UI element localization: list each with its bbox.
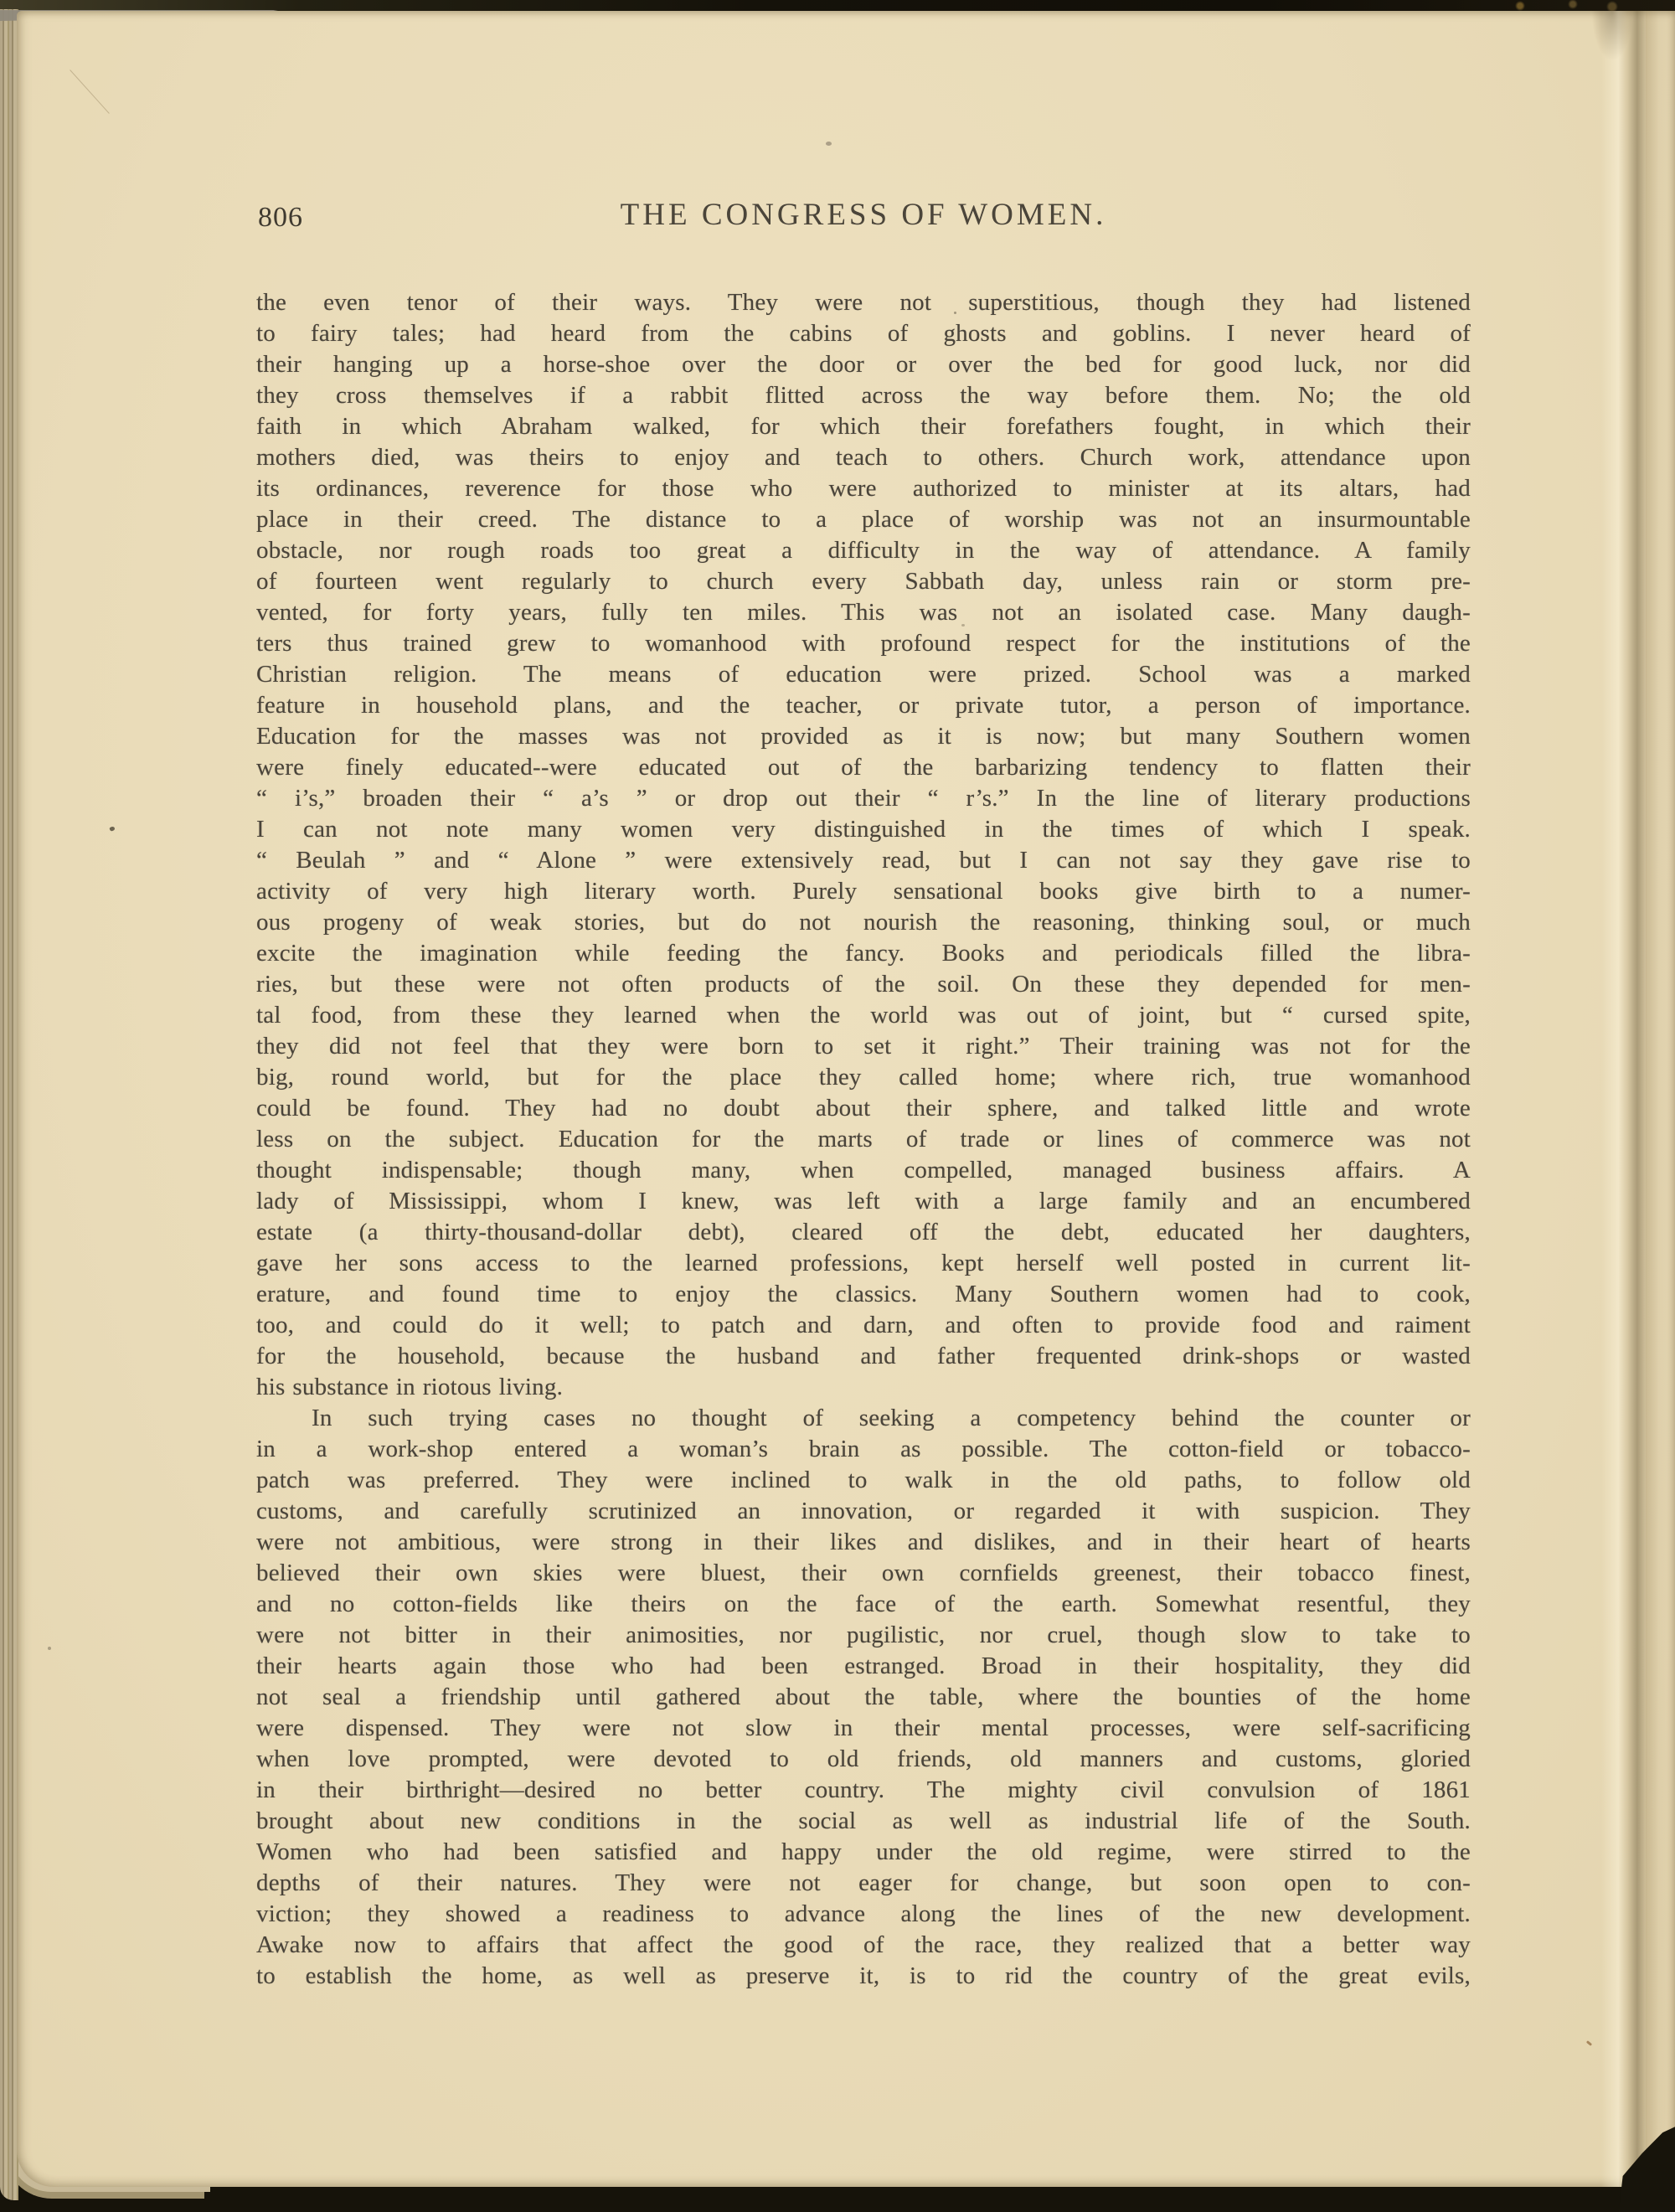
text-line: Women who had been satisfied and happy u… <box>256 1837 1471 1868</box>
text-line: to fairy tales; had heard from the cabin… <box>256 318 1471 349</box>
text-line: customs, and carefully scrutinized an in… <box>256 1496 1471 1527</box>
text-line: vented, for forty years, fully ten miles… <box>256 597 1471 628</box>
text-line: “ i’s,” broaden their “ a’s ” or drop ou… <box>256 783 1471 814</box>
text-line: brought about new conditions in the soci… <box>256 1806 1471 1837</box>
text-line: in a work-shop entered a woman’s brain a… <box>256 1434 1471 1465</box>
text-line: Education for the masses was not provide… <box>256 721 1471 752</box>
adjacent-page-edge <box>1646 11 1675 2187</box>
text-line: feature in household plans, and the teac… <box>256 690 1471 721</box>
text-line: activity of very high literary worth. Pu… <box>256 876 1471 907</box>
corner-crease <box>70 70 110 114</box>
text-line: of fourteen went regularly to church eve… <box>256 566 1471 597</box>
scan-top-band <box>0 0 1675 12</box>
text-line: ous progeny of weak stories, but do not … <box>256 907 1471 938</box>
paper-speck <box>961 624 965 626</box>
page-text-block: 806 THE CONGRESS OF WOMEN. the even teno… <box>256 11 1471 2187</box>
text-line: his substance in riotous living. <box>256 1372 1471 1403</box>
text-line: ries, but these were not often products … <box>256 969 1471 1000</box>
text-line: to establish the home, as well as preser… <box>256 1961 1471 1992</box>
text-line: were not bitter in their animosities, no… <box>256 1620 1471 1651</box>
scanned-book-photo: { "scan": { "paper_color": "#e9dbb8", "i… <box>0 0 1675 2212</box>
text-line: Awake now to affairs that affect the goo… <box>256 1930 1471 1961</box>
text-line: too, and could do it well; to patch and … <box>256 1310 1471 1341</box>
text-line: estate (a thirty-thousand-dollar debt), … <box>256 1217 1471 1248</box>
text-line: their hanging up a horse-shoe over the d… <box>256 349 1471 380</box>
text-line: faith in which Abraham walked, for which… <box>256 411 1471 442</box>
text-line: ters thus trained grew to womanhood with… <box>256 628 1471 659</box>
text-line: lady of Mississippi, whom I knew, was le… <box>256 1186 1471 1217</box>
paper-speck <box>826 142 832 146</box>
text-line: I can not note many women very distingui… <box>256 814 1471 845</box>
text-line: the even tenor of their ways. They were … <box>256 287 1471 318</box>
page-edges-strip <box>0 9 18 2200</box>
text-line: believed their own skies were bluest, th… <box>256 1558 1471 1589</box>
paper-speck <box>48 1647 51 1650</box>
text-line: they cross themselves if a rabbit flitte… <box>256 380 1471 411</box>
gutter-top-shadow <box>1591 11 1633 61</box>
text-line: big, round world, but for the place they… <box>256 1062 1471 1093</box>
text-line: could be found. They had no doubt about … <box>256 1093 1471 1124</box>
text-line: depths of their natures. They were not e… <box>256 1868 1471 1899</box>
text-line: excite the imagination while feeding the… <box>256 938 1471 969</box>
paragraph: the even tenor of their ways. They were … <box>256 287 1471 1403</box>
running-title: THE CONGRESS OF WOMEN. <box>256 197 1471 233</box>
text-line: “ Beulah ” and “ Alone ” were extensivel… <box>256 845 1471 876</box>
text-line: were finely educated--were educated out … <box>256 752 1471 783</box>
text-line: their hearts again those who had been es… <box>256 1651 1471 1682</box>
text-line: mothers died, was theirs to enjoy and te… <box>256 442 1471 473</box>
text-line: in their birthright—desired no better co… <box>256 1775 1471 1806</box>
text-line: were not ambitious, were strong in their… <box>256 1527 1471 1558</box>
text-line: were dispensed. They were not slow in th… <box>256 1713 1471 1744</box>
text-line: obstacle, nor rough roads too great a di… <box>256 535 1471 566</box>
text-line: viction; they showed a readiness to adva… <box>256 1899 1471 1930</box>
paper-speck <box>954 312 956 314</box>
text-line: for the household, because the husband a… <box>256 1341 1471 1372</box>
text-line: its ordinances, reverence for those who … <box>256 473 1471 504</box>
text-line: Christian religion. The means of educati… <box>256 659 1471 690</box>
text-line: thought indispensable; though many, when… <box>256 1155 1471 1186</box>
text-line: In such trying cases no thought of seeki… <box>256 1403 1471 1434</box>
text-line: patch was preferred. They were inclined … <box>256 1465 1471 1496</box>
book-page: 806 THE CONGRESS OF WOMEN. the even teno… <box>17 11 1675 2187</box>
page-header: 806 THE CONGRESS OF WOMEN. <box>256 197 1471 237</box>
text-line: less on the subject. Education for the m… <box>256 1124 1471 1155</box>
text-line: they did not feel that they were born to… <box>256 1031 1471 1062</box>
text-line: and no cotton-fields like theirs on the … <box>256 1589 1471 1620</box>
paragraph: In such trying cases no thought of seeki… <box>256 1403 1471 1992</box>
text-line: when love prompted, were devoted to old … <box>256 1744 1471 1775</box>
text-line: tal food, from these they learned when t… <box>256 1000 1471 1031</box>
page-text: the even tenor of their ways. They were … <box>256 287 1471 1992</box>
text-line: not seal a friendship until gathered abo… <box>256 1682 1471 1713</box>
text-line: place in their creed. The distance to a … <box>256 504 1471 535</box>
text-line: erature, and found time to enjoy the cla… <box>256 1279 1471 1310</box>
text-line: gave her sons access to the learned prof… <box>256 1248 1471 1279</box>
